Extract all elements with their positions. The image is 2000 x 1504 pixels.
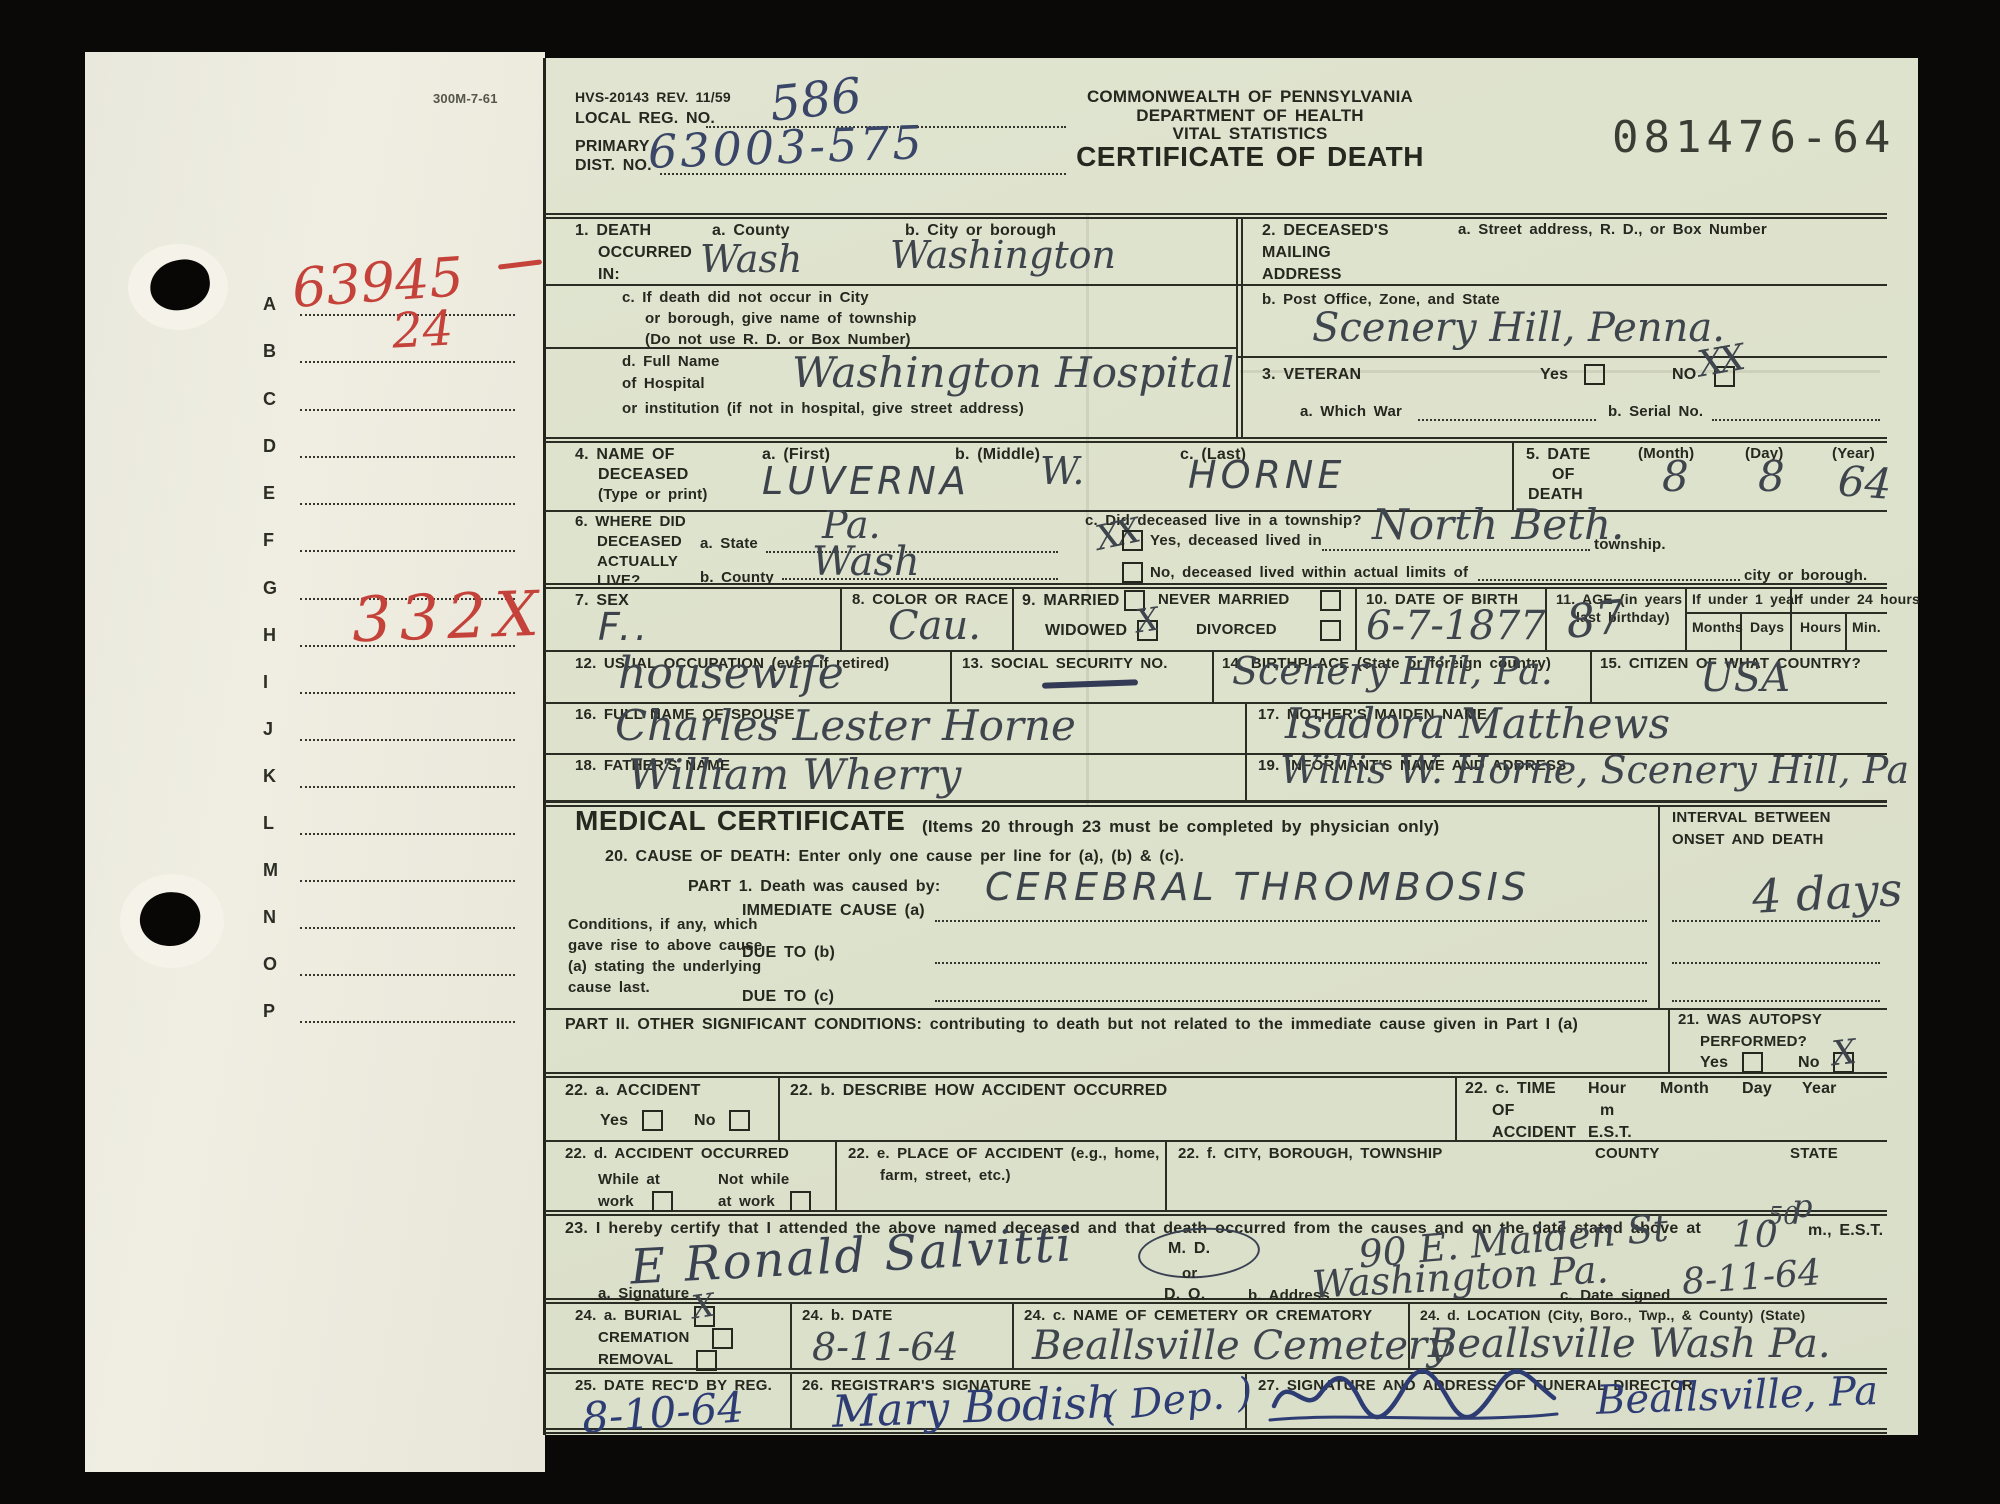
s11-days-label: Days [1750, 620, 1784, 635]
margin-letter: C [263, 389, 276, 410]
s23-signature-label: a. Signature [598, 1286, 689, 1303]
veteran-no-mark: XX [1695, 341, 1744, 384]
s23-m-est-label: m., E.S.T. [1808, 1222, 1883, 1240]
header-department: DEPARTMENT OF HEALTH [1080, 107, 1420, 126]
checkbox-divorced [1320, 620, 1341, 641]
s6-no-label: No, deceased lived within actual limits … [1150, 565, 1468, 582]
s22c-label3: ACCIDENT [1492, 1124, 1576, 1142]
margin-letter: H [263, 625, 276, 646]
interval-a-value: 4 days [1751, 866, 1904, 920]
s22f-label: 22. f. CITY, BOROUGH, TOWNSHIP [1178, 1146, 1442, 1163]
s6-county-value: Wash [812, 542, 920, 582]
s11-hours-label: Hours [1800, 620, 1841, 635]
margin-letter: I [263, 672, 268, 693]
s21-label2: PERFORMED? [1700, 1034, 1807, 1051]
s6-no-suffix: city or borough. [1744, 568, 1867, 585]
checkbox-lived-township-yes [1122, 530, 1143, 551]
s6-no-line [1478, 579, 1740, 581]
s2-label2: MAILING [1262, 244, 1331, 262]
checkbox-cremation [712, 1328, 733, 1349]
checkbox-not-while-at-work [790, 1191, 811, 1212]
funeral-director-address: Beallsville, Pa [1595, 1371, 1878, 1421]
s5-year-value: 64 [1837, 460, 1893, 506]
medical-certificate-title: MEDICAL CERTIFICATE [575, 806, 905, 837]
due-b-label: DUE TO (b) [742, 944, 835, 962]
s3-label: 3. VETERAN [1262, 366, 1361, 384]
interval-label1: INTERVAL BETWEEN [1672, 810, 1831, 827]
checkbox-veteran-yes [1584, 364, 1605, 385]
cond-label4: cause last. [568, 980, 650, 997]
s2-label: 2. DECEASED'S [1262, 222, 1389, 240]
interval-label2: ONSET AND DEATH [1672, 832, 1824, 849]
s1-d2: of Hospital [622, 376, 705, 393]
interval-c-line [1672, 1000, 1880, 1002]
burial-mark: X [690, 1289, 717, 1324]
s18-value: William Wherry [628, 754, 961, 796]
s2-street-label: a. Street address, R. D., or Box Number [1458, 222, 1767, 239]
s23-date-signed-value: 8-11-64 [1681, 1255, 1822, 1301]
s22a-yes-label: Yes [600, 1112, 628, 1130]
margin-letter: L [263, 813, 274, 834]
s21-label1: 21. WAS AUTOPSY [1678, 1012, 1822, 1029]
cause-a-line [935, 920, 1647, 922]
s23-or-label: or [1182, 1266, 1197, 1283]
checkbox-removal [696, 1350, 717, 1371]
s1-county-value: Wash [700, 240, 802, 278]
margin-letter: F [263, 530, 274, 551]
s9-widowed-label: WIDOWED [1045, 622, 1127, 640]
certificate-title: CERTIFICATE OF DEATH [1075, 142, 1425, 173]
s22d-notwhile1: Not while [718, 1172, 789, 1189]
s1-d3: or institution (if not in hospital, give… [622, 401, 1024, 418]
s22c-hour-label: Hour [1588, 1080, 1626, 1098]
s2-label3: ADDRESS [1262, 266, 1342, 284]
s17-value: Isadora Matthews [1285, 703, 1670, 745]
s24-removal-label: REMOVAL [598, 1352, 673, 1369]
s6-label3: ACTUALLY [597, 554, 678, 571]
s3-serial-label: b. Serial No. [1608, 404, 1703, 421]
s15-value: USA [1700, 658, 1790, 698]
s6-township-suffix: township. [1594, 537, 1666, 554]
s24-date-label: 24. b. DATE [802, 1308, 892, 1325]
checkbox-accident-yes [642, 1110, 663, 1131]
s22c-est-label: E.S.T. [1588, 1124, 1632, 1142]
s4-middle-value: W. [1040, 452, 1085, 490]
s1-d1: d. Full Name [622, 354, 720, 371]
s3-war-line [1418, 419, 1596, 421]
s22c-month-label: Month [1660, 1080, 1709, 1098]
margin-letter: P [263, 1001, 275, 1022]
dist-no-value: 63003-575 [647, 119, 925, 175]
s11-under1-label: If under 1 year [1692, 592, 1800, 607]
s6-label2: DECEASED [597, 534, 682, 551]
s1-c3: (Do not use R. D. or Box Number) [645, 332, 911, 349]
s22f-state-label: STATE [1790, 1146, 1838, 1163]
s1-label3: IN: [598, 266, 620, 284]
s23-md-label: M. D. [1168, 1240, 1210, 1258]
margin-letter: G [263, 578, 277, 599]
margin-letter: A [263, 294, 276, 315]
s2-po-value: Scenery Hill, Penna. [1312, 308, 1725, 348]
dist-no-label: DIST. NO. [575, 157, 652, 175]
s21-no-label: No [1798, 1054, 1820, 1072]
s24-date-value: 8-11-64 [812, 1328, 959, 1366]
immediate-cause-label: IMMEDIATE CAUSE (a) [742, 902, 925, 920]
s4-middle-label: b. (Middle) [955, 446, 1040, 464]
s4-label3: (Type or print) [598, 487, 708, 504]
s13-label: 13. SOCIAL SECURITY NO. [962, 656, 1168, 673]
checkbox-while-at-work [652, 1191, 673, 1212]
s1-c1: c. If death did not occur in City [622, 290, 869, 307]
s1-c2: or borough, give name of township [645, 311, 917, 328]
interval-b-line [1672, 962, 1880, 964]
s25-value: 8-10-64 [581, 1386, 746, 1439]
autopsy-no-mark: X [1830, 1035, 1858, 1071]
s6-yes-label: Yes, deceased lived in [1150, 533, 1322, 550]
checkbox-lived-township-no [1122, 562, 1143, 583]
s11-min-label: Min. [1852, 620, 1881, 635]
checkbox-never-married [1320, 590, 1341, 611]
s22d-label: 22. d. ACCIDENT OCCURRED [565, 1146, 789, 1163]
cond-label2: gave rise to above cause [568, 938, 762, 955]
s6-township-value: North Beth. [1372, 504, 1624, 546]
s1-label: 1. DEATH [575, 222, 651, 240]
s23-ampm-value: p [1792, 1190, 1812, 1222]
s6-state-label: a. State [700, 536, 758, 553]
registrar-signature: Mary Bodish [831, 1381, 1116, 1435]
s22a-label: 22. a. ACCIDENT [565, 1082, 701, 1100]
s12-value: housewife [618, 652, 844, 696]
s6-county-label: b. County [700, 570, 774, 587]
margin-letter: J [263, 719, 273, 740]
s3-no-label: NO [1672, 366, 1696, 384]
s11-value: 87 [1564, 593, 1627, 645]
margin-letter: K [263, 766, 276, 787]
s5-label: 5. DATE [1526, 446, 1591, 464]
margin-letter: N [263, 907, 276, 928]
form-number: HVS-20143 REV. 11/59 [575, 90, 731, 105]
s10-value: 6-7-1877 [1366, 606, 1546, 646]
s7-value: F.. [598, 608, 651, 646]
certificate-stamp-number: 081476-64 [1612, 112, 1895, 163]
s4-first-value: LUVERNA [762, 462, 970, 500]
s4-label: 4. NAME OF [575, 446, 675, 464]
margin-letter: B [263, 341, 276, 362]
margin-letter: E [263, 483, 275, 504]
s4-label2: DECEASED [598, 466, 689, 484]
s20-label: 20. CAUSE OF DEATH: Enter only one cause… [605, 848, 1184, 866]
margin-print-code: 300M-7-61 [433, 92, 498, 106]
s1-label2: OCCURRED [598, 244, 692, 262]
s22e-label1: 22. e. PLACE OF ACCIDENT (e.g., home, [848, 1146, 1160, 1163]
s22c-year-label: Year [1802, 1080, 1837, 1098]
s21-yes-label: Yes [1700, 1054, 1728, 1072]
header-commonwealth: COMMONWEALTH OF PENNSYLVANIA [1080, 88, 1420, 107]
s22d-while1: While at [598, 1172, 660, 1189]
s11-months-label: Months [1692, 620, 1743, 635]
margin-entry-h: 332X [351, 583, 548, 652]
s8-value: Cau. [888, 606, 981, 646]
s6-label4: LIVE? [597, 573, 641, 590]
s9-married-label: 9. MARRIED [1022, 592, 1119, 610]
s24-burial-label: 24. a. BURIAL [575, 1308, 682, 1325]
s3-serial-line [1712, 419, 1880, 421]
due-c-label: DUE TO (c) [742, 988, 834, 1006]
s22d-notwhile2: at work [718, 1194, 775, 1211]
s9-never-label: NEVER MARRIED [1158, 592, 1289, 609]
s23-date-signed-label: c. Date signed [1560, 1288, 1671, 1305]
s14-value: Scenery Hill, Pa. [1232, 652, 1553, 690]
checkbox-accident-no [729, 1110, 750, 1131]
s9-divorced-label: DIVORCED [1196, 622, 1277, 639]
cause-a-value: CEREBRAL THROMBOSIS [985, 868, 1530, 906]
s22b-label: 22. b. DESCRIBE HOW ACCIDENT OCCURRED [790, 1082, 1167, 1100]
cond-label1: Conditions, if any, which [568, 917, 758, 934]
due-c-line [935, 1000, 1647, 1002]
cond-label3: (a) stating the underlying [568, 959, 761, 976]
s1-hospital-value: Washington Hospital [792, 352, 1234, 394]
margin-entry-b: 24 [391, 304, 455, 355]
widowed-mark: X [1134, 603, 1161, 638]
s22a-no-label: No [694, 1112, 716, 1130]
s22e-label2: farm, street, etc.) [880, 1168, 1011, 1185]
s22c-m-label: m [1600, 1102, 1614, 1120]
s6-label: 6. WHERE DID [575, 514, 686, 531]
s5-day-value: 8 [1758, 456, 1785, 498]
s1-city-value: Washington [890, 236, 1116, 274]
funeral-director-signature [1262, 1358, 1562, 1428]
s5-label2: OF [1552, 466, 1575, 484]
part1-label: PART 1. Death was caused by: [688, 878, 940, 896]
s19-value: Willis W. Horne, Scenery Hill, Pa [1280, 751, 1909, 789]
s3-war-label: a. Which War [1300, 404, 1402, 421]
s24-cremation-label: CREMATION [598, 1330, 690, 1347]
s16-value: Charles Lester Horne [615, 705, 1076, 747]
checkbox-autopsy-yes [1742, 1052, 1763, 1073]
s11-under24-label: If under 24 hours [1794, 592, 1920, 607]
s22f-county-label: COUNTY [1595, 1146, 1660, 1163]
s22c-day-label: Day [1742, 1080, 1772, 1098]
due-b-line [935, 962, 1647, 964]
medical-certificate-subtitle: (Items 20 through 23 must be completed b… [922, 818, 1439, 837]
s22c-label1: 22. c. TIME [1465, 1080, 1556, 1098]
death-certificate-scan: 300M-7-61 A B C D E F G H I J K L M N O … [0, 0, 2000, 1504]
form-left-edge [543, 58, 546, 1435]
margin-letter: O [263, 954, 277, 975]
primary-label: PRIMARY [575, 138, 650, 156]
s3-yes-label: Yes [1540, 366, 1568, 384]
s5-month-value: 8 [1662, 456, 1689, 498]
margin-letter: M [263, 860, 278, 881]
s4-last-value: HORNE [1188, 456, 1345, 494]
margin-letter: D [263, 436, 276, 457]
s6-township-line [1322, 549, 1590, 551]
s23-do-label: D. O. [1164, 1286, 1205, 1304]
s22d-while2: work [598, 1194, 634, 1211]
s22c-label2: OF [1492, 1102, 1515, 1120]
part2-label: PART II. OTHER SIGNIFICANT CONDITIONS: c… [565, 1016, 1578, 1034]
